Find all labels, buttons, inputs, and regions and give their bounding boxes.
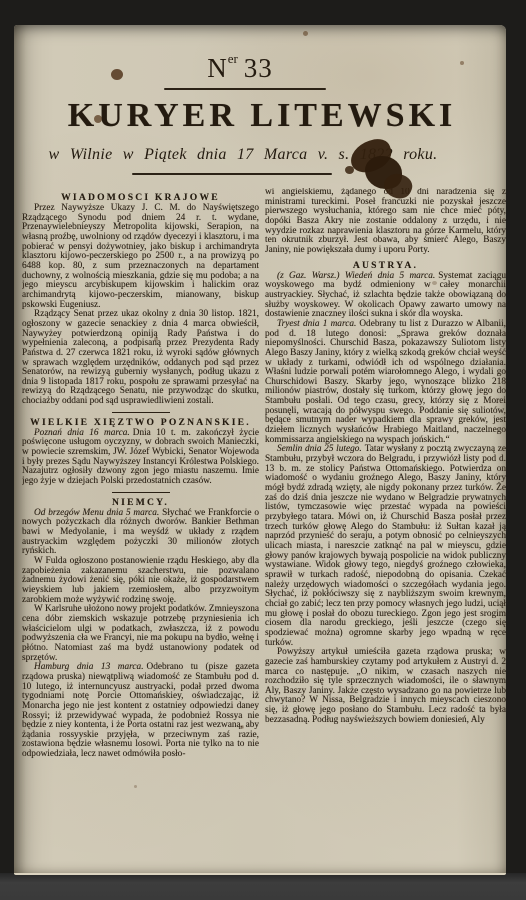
section-heading-niemcy: NIEMCY. <box>22 497 259 508</box>
column-left: WIADOMOSCI KRAJOWE Przez Naywyższe Ukazy… <box>22 188 259 832</box>
section-heading-wielkie-xieztwo-poznanskie: WIELKIE XIĘZTWO POZNANSKIE. <box>22 417 259 428</box>
article-paragraph: (z Gaz. Warsz.) Wiedeń dnia 5 marca.Syst… <box>265 272 506 320</box>
issue-superscript: er <box>228 51 238 66</box>
section-heading-austrya: AUSTRYA. <box>265 260 506 271</box>
article-paragraph: W Karlsruhe ułożono nowy projekt podatkó… <box>22 605 259 663</box>
article-paragraph: Rządzący Senat przez ukaz okolny z dnia … <box>22 310 259 407</box>
article-paragraph: Od brzegów Menu dnia 5 marca.Słychać we … <box>22 509 259 557</box>
column-right: wi angielskiemu, żądanego od 10 dni nara… <box>265 188 506 832</box>
section-divider <box>112 492 170 493</box>
article-paragraph: Semlin dnia 25 lutego.Tatar wysłany z po… <box>265 445 506 648</box>
article-paragraph: Poznań dnia 16 marca.Dnia 10 t. m. zakoń… <box>22 429 259 487</box>
paragraph-text: Powyższy artykuł umieściła gazeta rządow… <box>265 647 506 725</box>
issue-value: 33 <box>244 53 273 83</box>
paragraph-text: Tatar wysłany z pocztą zwyczayną ze Stam… <box>265 444 506 647</box>
issue-number: Ner33 <box>0 44 486 83</box>
article-paragraph: Powyższy artykuł umieściła gazeta rządow… <box>265 648 506 725</box>
section-heading-wiadomosci-krajowe: WIADOMOSCI KRAJOWE <box>22 192 259 203</box>
newspaper-page: Ner33 KURYER LITEWSKI w Wilnie w Piątek … <box>14 25 506 875</box>
paragraph-text: W Karlsruhe ułożono nowy projekt podatkó… <box>22 604 259 662</box>
paragraph-text: Odebrano tu (pisze gazeta rządowa pruska… <box>22 662 259 759</box>
article-paragraph: Hamburg dnia 13 marca.Odebrano tu (pisze… <box>22 663 259 760</box>
masthead-rule-bottom <box>132 173 332 175</box>
paragraph-lead: Hamburg dnia 13 marca. <box>34 662 144 672</box>
article-paragraph-continuation: wi angielskiemu, żądanego od 10 dni nara… <box>265 188 506 256</box>
paragraph-text: Dnia 10 t. m. zakończył życie poświęcone… <box>22 428 259 486</box>
newspaper-title: KURYER LITEWSKI <box>16 97 508 135</box>
paragraph-text: Odebrany tu list z Durazzo w Albanii, po… <box>265 319 506 445</box>
paragraph-text: W Fulda ogłoszono postanowienie rządu He… <box>22 556 259 605</box>
scanner-bed-bottom <box>0 873 526 900</box>
section-divider <box>112 412 170 413</box>
article-paragraph: W Fulda ogłoszono postanowienie rządu He… <box>22 557 259 605</box>
article-columns: WIADOMOSCI KRAJOWE Przez Naywyższe Ukazy… <box>14 175 506 832</box>
scan-background: Ner33 KURYER LITEWSKI w Wilnie w Piątek … <box>0 0 526 900</box>
masthead-rule-top <box>164 88 326 90</box>
issue-prefix: N <box>207 53 228 83</box>
paragraph-lead: Semlin dnia 25 lutego. <box>277 444 362 454</box>
article-paragraph: Tryest dnia 1 marca.Odebrany tu list z D… <box>265 320 506 446</box>
paragraph-text: wi angielskiemu, żądanego od 10 dni nara… <box>265 188 506 255</box>
masthead: Ner33 KURYER LITEWSKI w Wilnie w Piątek … <box>14 25 506 175</box>
dateline: w Wilnie w Piątek dnia 17 Marca v. s. 18… <box>0 146 489 164</box>
article-paragraph: Przez Naywyższe Ukazy J. C. M. do Nayświ… <box>22 204 259 310</box>
paragraph-text: Rządzący Senat przez ukaz okolny z dnia … <box>22 309 259 406</box>
paragraph-lead: Tryest dnia 1 marca. <box>277 319 356 329</box>
paragraph-text: Przez Naywyższe Ukazy J. C. M. do Nayświ… <box>22 203 259 310</box>
